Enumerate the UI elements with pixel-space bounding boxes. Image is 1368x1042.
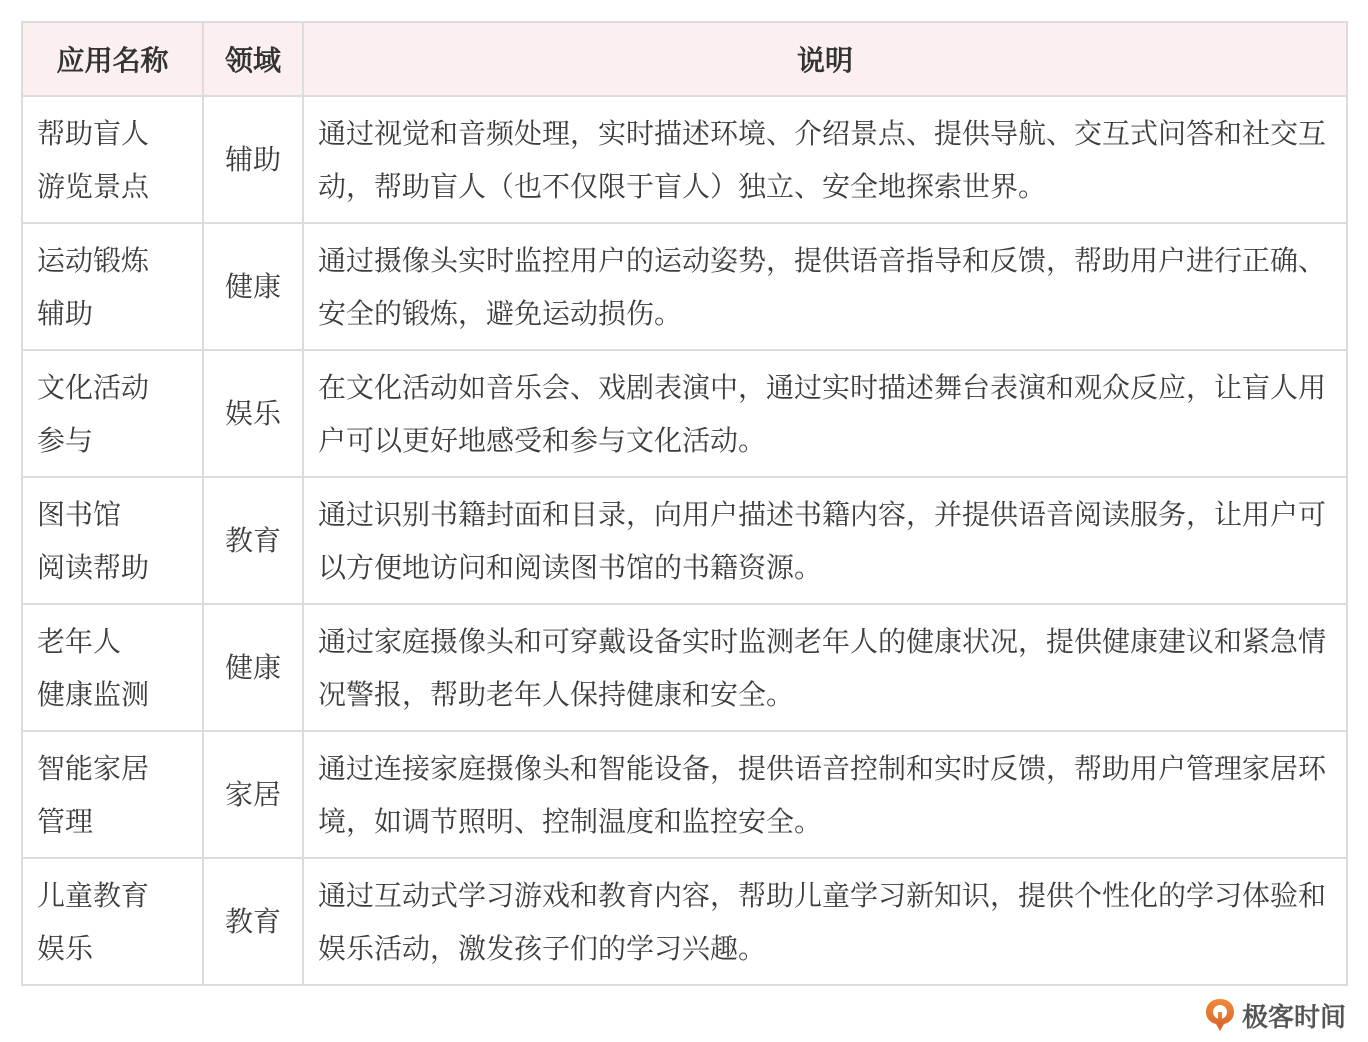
app-name-line2: 娱乐 — [37, 932, 93, 965]
app-name-line1: 帮助盲人 — [37, 117, 149, 150]
table-row: 运动锻炼辅助 健康 通过摄像头实时监控用户的运动姿势，提供语音指导和反馈，帮助用… — [22, 223, 1347, 350]
description-cell: 通过识别书籍封面和目录，向用户描述书籍内容，并提供语音阅读服务，让用户可以方便地… — [303, 477, 1347, 604]
app-name-line2: 辅助 — [37, 297, 93, 330]
applications-table: 应用名称 领域 说明 帮助盲人游览景点 辅助 通过视觉和音频处理，实时描述环境、… — [21, 21, 1348, 986]
description-cell: 通过互动式学习游戏和教育内容，帮助儿童学习新知识，提供个性化的学习体验和娱乐活动… — [303, 858, 1347, 985]
domain-cell: 辅助 — [203, 96, 303, 223]
domain-cell: 健康 — [203, 223, 303, 350]
table-row: 帮助盲人游览景点 辅助 通过视觉和音频处理，实时描述环境、介绍景点、提供导航、交… — [22, 96, 1347, 223]
app-name-cell: 帮助盲人游览景点 — [22, 96, 203, 223]
table-row: 智能家居管理 家居 通过连接家庭摄像头和智能设备，提供语音控制和实时反馈，帮助用… — [22, 731, 1347, 858]
app-name-line1: 老年人 — [37, 625, 121, 658]
description-cell: 通过连接家庭摄像头和智能设备，提供语音控制和实时反馈，帮助用户管理家居环境，如调… — [303, 731, 1347, 858]
app-name-cell: 图书馆阅读帮助 — [22, 477, 203, 604]
table-row: 图书馆阅读帮助 教育 通过识别书籍封面和目录，向用户描述书籍内容，并提供语音阅读… — [22, 477, 1347, 604]
header-description: 说明 — [303, 22, 1347, 96]
domain-cell: 健康 — [203, 604, 303, 731]
description-cell: 通过家庭摄像头和可穿戴设备实时监测老年人的健康状况，提供健康建议和紧急情况警报，… — [303, 604, 1347, 731]
app-name-line1: 智能家居 — [37, 752, 149, 785]
description-cell: 通过视觉和音频处理，实时描述环境、介绍景点、提供导航、交互式问答和社交互动，帮助… — [303, 96, 1347, 223]
app-name-line2: 管理 — [37, 805, 93, 838]
domain-cell: 家居 — [203, 731, 303, 858]
app-name-line2: 参与 — [37, 424, 93, 457]
domain-cell: 教育 — [203, 858, 303, 985]
header-app-name: 应用名称 — [22, 22, 203, 96]
description-cell: 通过摄像头实时监控用户的运动姿势，提供语音指导和反馈，帮助用户进行正确、安全的锻… — [303, 223, 1347, 350]
domain-cell: 教育 — [203, 477, 303, 604]
app-name-line2: 阅读帮助 — [37, 551, 149, 584]
app-name-line1: 文化活动 — [37, 371, 149, 404]
brand-watermark: 极客时间 — [1204, 995, 1346, 1035]
app-name-line2: 健康监测 — [37, 678, 149, 711]
app-name-cell: 文化活动参与 — [22, 350, 203, 477]
table-row: 儿童教育娱乐 教育 通过互动式学习游戏和教育内容，帮助儿童学习新知识，提供个性化… — [22, 858, 1347, 985]
table-header-row: 应用名称 领域 说明 — [22, 22, 1347, 96]
app-name-cell: 儿童教育娱乐 — [22, 858, 203, 985]
table-row: 老年人健康监测 健康 通过家庭摄像头和可穿戴设备实时监测老年人的健康状况，提供健… — [22, 604, 1347, 731]
app-name-cell: 智能家居管理 — [22, 731, 203, 858]
brand-name: 极客时间 — [1242, 997, 1346, 1034]
app-name-line1: 运动锻炼 — [37, 244, 149, 277]
app-name-cell: 运动锻炼辅助 — [22, 223, 203, 350]
app-name-line1: 儿童教育 — [37, 879, 149, 912]
header-domain: 领域 — [203, 22, 303, 96]
app-name-line1: 图书馆 — [37, 498, 121, 531]
description-cell: 在文化活动如音乐会、戏剧表演中，通过实时描述舞台表演和观众反应，让盲人用户可以更… — [303, 350, 1347, 477]
app-name-cell: 老年人健康监测 — [22, 604, 203, 731]
table-row: 文化活动参与 娱乐 在文化活动如音乐会、戏剧表演中，通过实时描述舞台表演和观众反… — [22, 350, 1347, 477]
geektime-logo-icon — [1204, 997, 1236, 1033]
domain-cell: 娱乐 — [203, 350, 303, 477]
app-name-line2: 游览景点 — [37, 170, 149, 203]
